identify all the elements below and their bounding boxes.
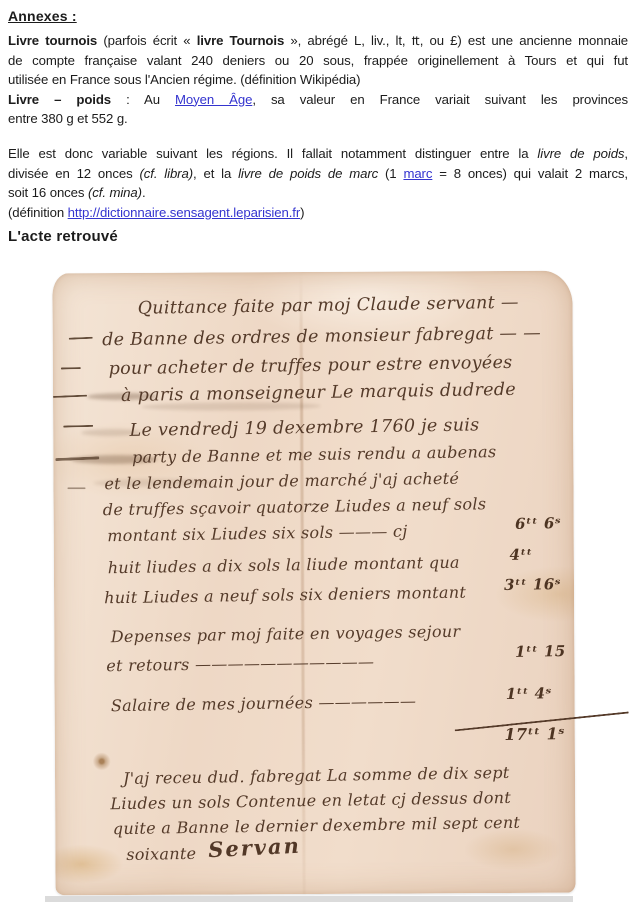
bold-livre-tournois-quoted: livre Tournois xyxy=(197,33,284,48)
manuscript-line: et le lendemain jour de marché j'aj ache… xyxy=(104,469,459,494)
paragraph-livre-tournois: Livre tournois (parfois écrit « livre To… xyxy=(8,31,628,129)
manuscript-line: pour acheter de truffes pour estre envoy… xyxy=(108,353,512,379)
manuscript-line: Salaire de mes journées —————— xyxy=(111,691,417,715)
text-line: de compte française valant 240 deniers o… xyxy=(8,51,628,71)
text-segment: , sa valeur en France variait suivant le… xyxy=(252,92,628,107)
paragraph-livre-de-poids: Elle est donc variable suivant les régio… xyxy=(8,144,628,222)
link-marc[interactable]: marc xyxy=(403,166,432,181)
text-segment: (parfois écrit « xyxy=(97,33,197,48)
link-moyen-age[interactable]: Moyen Âge xyxy=(175,92,252,107)
text-segment: = 8 onces) qui valait 2 marcs, xyxy=(432,166,628,181)
handwriting-layer: Quittance faite par moj Claude servant —… xyxy=(49,268,579,898)
manuscript-line: quite a Banne le dernier dexembre mil se… xyxy=(113,813,521,838)
italic-cf-libra: (cf. libra) xyxy=(140,166,194,181)
amount-value: 3ᵗᵗ 16ˢ xyxy=(504,575,561,594)
amount-value: 1ᵗᵗ 15 xyxy=(515,642,566,661)
text-segment: , xyxy=(624,146,628,161)
text-segment: . xyxy=(142,185,146,200)
italic-livre-de-poids: livre de poids xyxy=(537,146,624,161)
amount-value: 6ᵗᵗ 6ˢ xyxy=(515,514,561,533)
manuscript-line: party de Banne et me suis rendu a aubena… xyxy=(132,442,497,467)
manuscript-line: et retours ——————————— xyxy=(106,652,374,675)
manuscript-line: Le vendredj 19 dexembre 1760 je suis xyxy=(129,415,479,440)
amount-value: 1ᵗᵗ 4ˢ xyxy=(506,684,552,703)
manuscript-line: huit Liudes a neuf sols six deniers mont… xyxy=(104,583,466,608)
acte-retrouve-heading: L'acte retrouvé xyxy=(8,228,118,245)
signature: Servan xyxy=(208,833,302,863)
text-segment: (1 xyxy=(378,166,403,181)
text-segment: ) xyxy=(300,205,304,220)
manuscript-line: de Banne des ordres de monsieur fabregat… xyxy=(102,323,541,350)
total-amount: 17ᵗᵗ 1ˢ xyxy=(504,724,565,744)
italic-livre-poids-marc: livre de poids de marc xyxy=(238,166,378,181)
text-segment: Elle est donc variable suivant les régio… xyxy=(8,146,537,161)
photo-bottom-edge xyxy=(45,896,573,902)
annexes-heading: Annexes : xyxy=(8,8,77,24)
text-segment: (définition xyxy=(8,205,68,220)
text-segment: », abrégé L, liv., lt, ₶, ou £) est une … xyxy=(284,33,628,48)
manuscript-line: huit liudes a dix sols la liude montant … xyxy=(108,553,460,578)
document-page: Annexes : Livre tournois (parfois écrit … xyxy=(0,0,636,902)
manuscript-line: soixante xyxy=(126,844,196,864)
bold-livre-tournois: Livre tournois xyxy=(8,33,97,48)
manuscript-line: montant six Liudes six sols ——— cj xyxy=(107,522,408,546)
manuscript-photo: Quittance faite par moj Claude servant —… xyxy=(40,264,577,898)
text-line: entre 380 g et 552 g. xyxy=(8,109,628,129)
manuscript-line: de truffes sçavoir quatorze Liudes a neu… xyxy=(103,494,487,519)
text-line: utilisée en France sous l'Ancien régime.… xyxy=(8,70,628,90)
manuscript-line: J'aj receu dud. fabregat La somme de dix… xyxy=(123,763,510,788)
text-segment: : Au xyxy=(111,92,175,107)
manuscript-line: Depenses par moj faite en voyages sejour xyxy=(111,622,461,646)
link-dictionnaire-url[interactable]: http://dictionnaire.sensagent.leparisien… xyxy=(68,205,300,220)
manuscript-line: à paris a monseigneur Le marquis dudrede xyxy=(121,380,516,406)
text-segment: soit 16 onces xyxy=(8,185,88,200)
manuscript-paper: Quittance faite par moj Claude servant —… xyxy=(52,271,575,896)
bold-livre-poids: Livre – poids xyxy=(8,92,111,107)
amount-value: 4ᵗᵗ xyxy=(509,546,532,564)
manuscript-line: Liudes un sols Contenue en letat cj dess… xyxy=(110,788,511,813)
manuscript-line: Quittance faite par moj Claude servant — xyxy=(138,293,519,319)
text-segment: divisée en 12 onces xyxy=(8,166,140,181)
italic-cf-mina: (cf. mina) xyxy=(88,185,142,200)
text-segment: , et la xyxy=(193,166,238,181)
